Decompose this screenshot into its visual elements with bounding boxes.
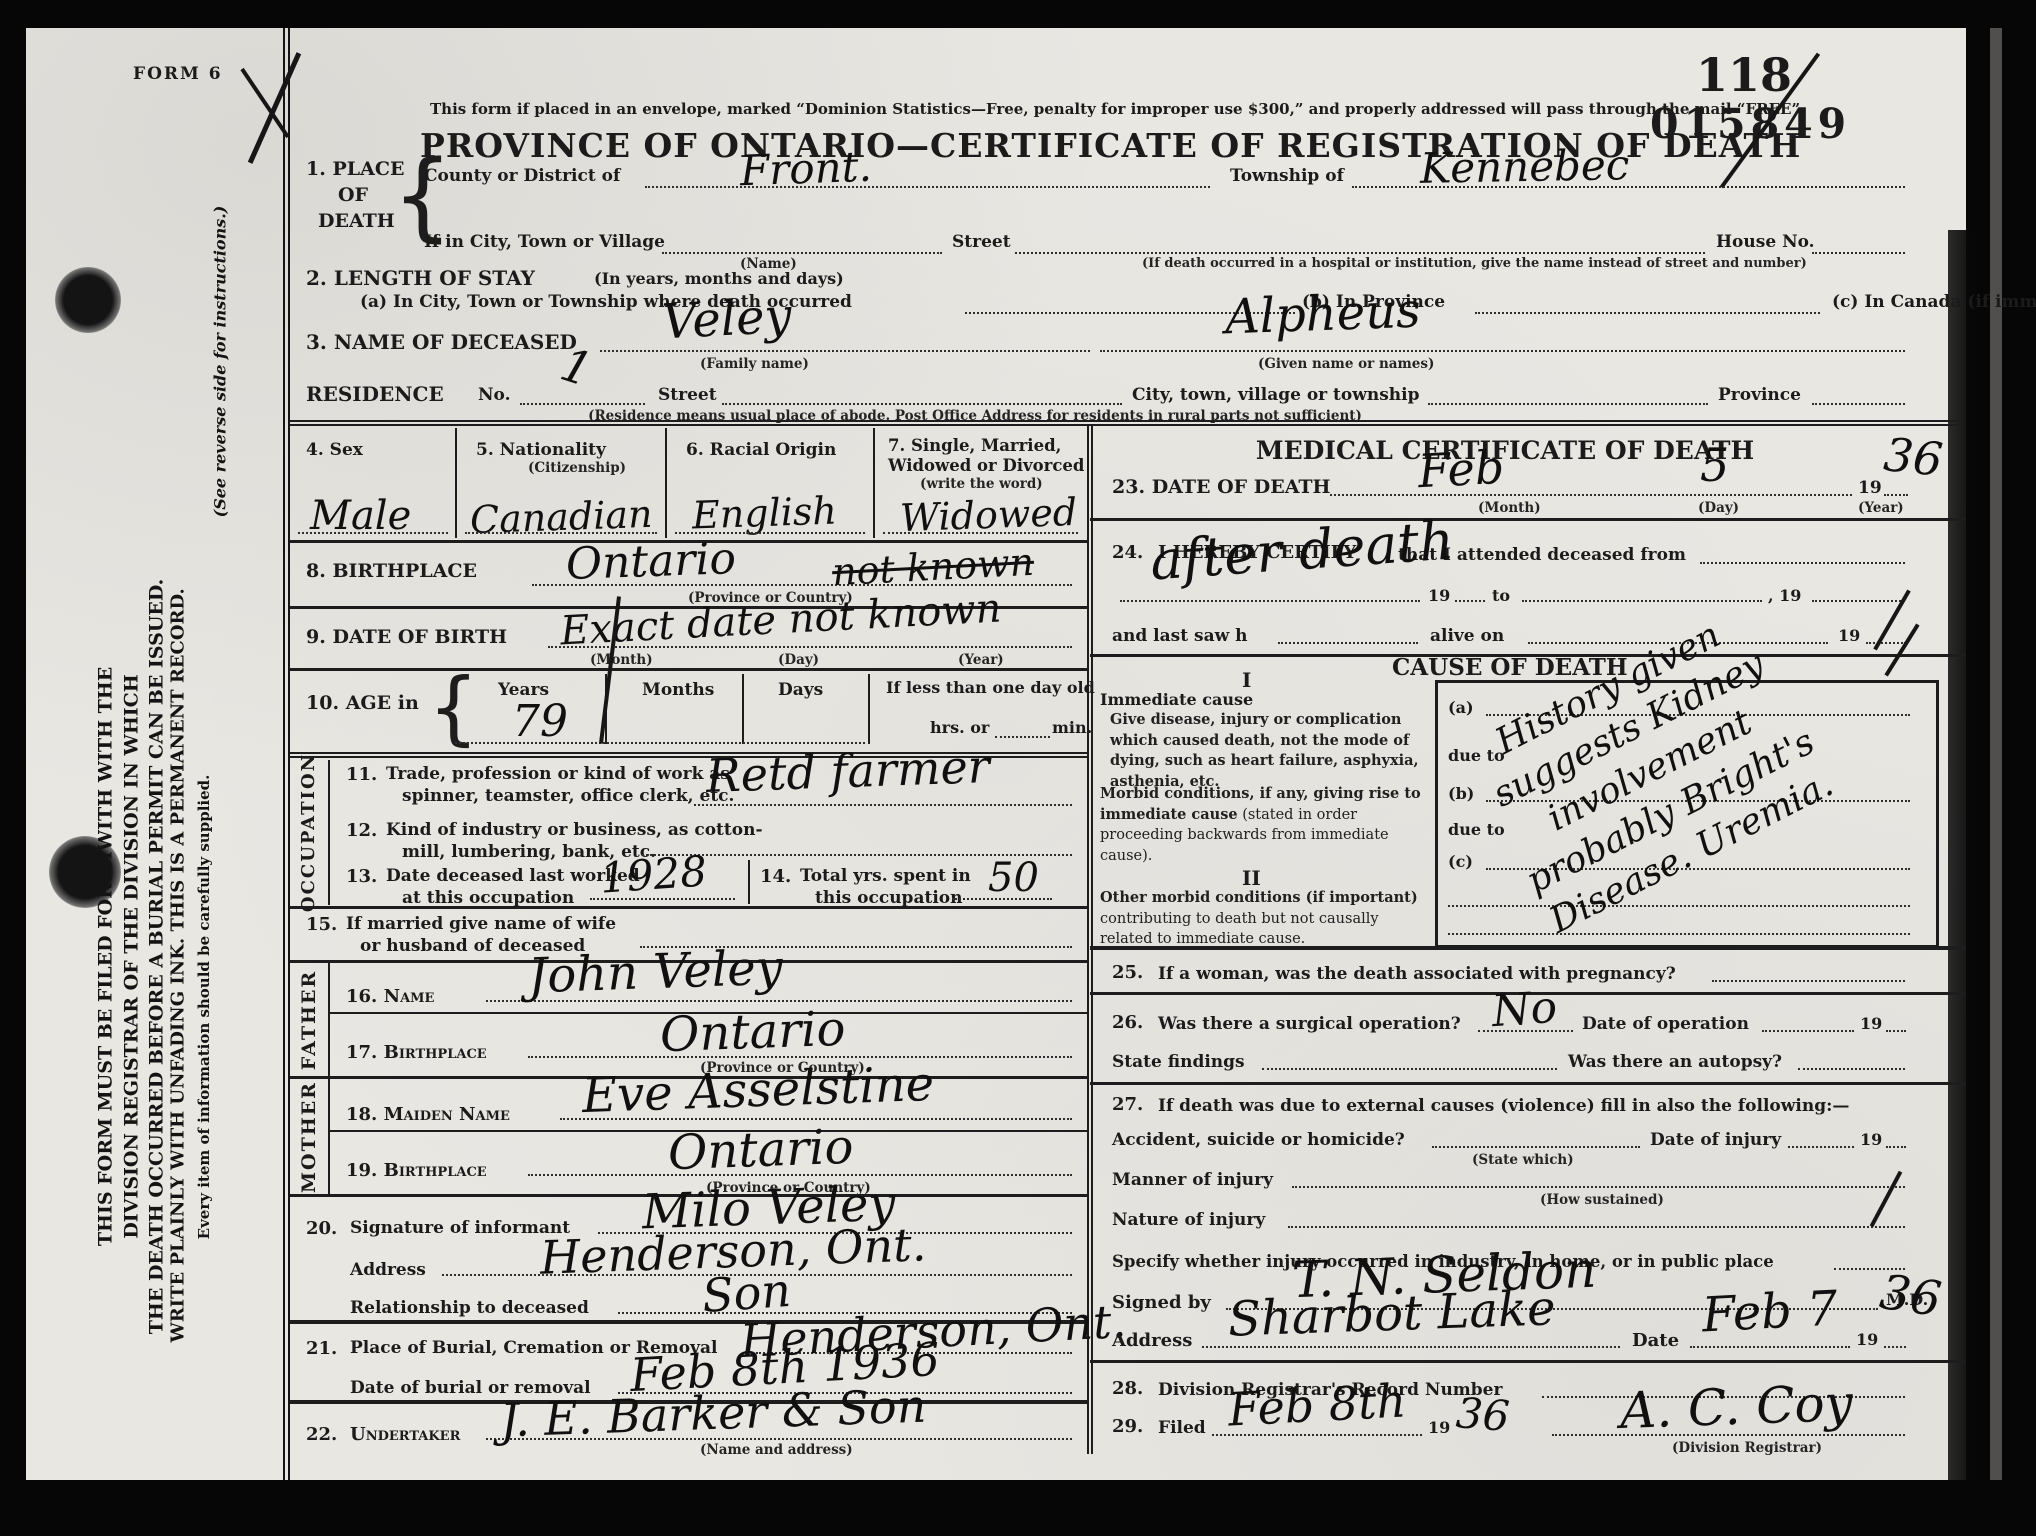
residence-province-field-line	[1812, 403, 1905, 405]
operation-19-label: 19	[1860, 1014, 1882, 1033]
racial-origin-value: English	[691, 491, 837, 534]
stay-b-field-line	[1475, 312, 1820, 314]
dod-day-value: 5	[1700, 442, 1729, 488]
date-of-death-label: 23. DATE OF DEATH	[1112, 476, 1331, 498]
autopsy-label: Was there an autopsy?	[1568, 1052, 1782, 1072]
birthplace-struck-value: not known	[831, 543, 1035, 592]
mother-maiden-value: Eve Asselstine	[581, 1060, 935, 1120]
sex-label: 4. Sex	[306, 440, 363, 460]
occ-divider	[748, 860, 750, 904]
immediate-cause-label: Immediate cause	[1100, 690, 1253, 709]
accident-label: Accident, suicide or homicide?	[1112, 1130, 1405, 1150]
marital-value: Widowed	[899, 493, 1077, 537]
dod-year-prefix: 19	[1858, 478, 1882, 498]
county-label: County or District of	[424, 166, 620, 186]
informant-label: Signature of informant	[350, 1218, 570, 1238]
father-name-value: John Veley	[527, 944, 783, 1001]
age-years-value: 79	[512, 700, 568, 744]
signed-date-label: Date	[1632, 1330, 1679, 1351]
scan-edge-shadow	[1948, 230, 1982, 1480]
pregnancy-field-line	[1712, 980, 1905, 982]
given-name-field-line	[1100, 350, 1905, 352]
age-hrs-label: hrs. or	[930, 718, 989, 737]
stay-sub-label: (In years, months and days)	[594, 269, 844, 288]
given-name-note: (Given name or names)	[1258, 356, 1434, 372]
father-name-label: 16. Name	[346, 986, 434, 1007]
filed-no: 29.	[1112, 1416, 1143, 1437]
age-min-label: min.	[1052, 718, 1092, 737]
signed-by-label: Signed by	[1112, 1292, 1211, 1313]
row-divider	[1090, 1360, 1966, 1363]
nationality-label: 5. Nationality	[476, 440, 606, 460]
certify-19-label: 19	[1428, 586, 1450, 605]
row-divider	[290, 668, 1087, 671]
serial-number: 015849	[1650, 100, 1851, 148]
spouse-label: If married give name of wife	[346, 914, 616, 934]
age-min-field-line	[995, 736, 1050, 738]
age-label: 10. AGE in	[306, 692, 419, 714]
father-birthplace-value: Ontario	[659, 1005, 846, 1059]
family-name-note: (Family name)	[700, 356, 809, 372]
dod-day-note: (Day)	[1698, 500, 1739, 516]
hospital-note: (If death occurred in a hospital or inst…	[1142, 256, 1807, 271]
name-address-note: (Name and address)	[700, 1442, 853, 1458]
dob-month-note: (Month)	[590, 652, 653, 668]
occ-11-field-line	[694, 804, 1072, 806]
write-the-word-note: (write the word)	[920, 476, 1043, 492]
residence-no-field-line	[520, 403, 645, 405]
how-sustained-note: (How sustained)	[1540, 1192, 1664, 1208]
mother-birthplace-value: Ontario	[667, 1123, 854, 1177]
undertaker-value: J. E. Barker & Son	[499, 1383, 927, 1444]
city-town-village-label: If in City, Town or Village	[424, 232, 665, 252]
mother-maiden-label: 18. Maiden Name	[346, 1104, 510, 1125]
scanned-death-certificate: FORM 6 THIS FORM MUST BE FILED FORTHWITH…	[0, 0, 2036, 1536]
stay-c-label: (c) In Canada (if immigrant)	[1832, 292, 2036, 312]
occupation-side-label: OCCUPATION	[290, 760, 330, 905]
operation-year-field-line	[1886, 1030, 1906, 1032]
dod-field-line	[1330, 494, 1852, 496]
form-number: FORM 6	[133, 64, 223, 84]
manner-field-line	[1292, 1186, 1905, 1188]
box-divider	[873, 428, 875, 538]
last-saw-field-line	[1278, 642, 1418, 644]
date-of-birth-label: 9. DATE OF BIRTH	[306, 626, 507, 648]
external-no: 27.	[1112, 1094, 1143, 1115]
age-months-header: Months	[642, 680, 714, 700]
operation-date-label: Date of operation	[1582, 1014, 1749, 1034]
dod-month-note: (Month)	[1478, 500, 1541, 516]
informant-address-label: Address	[350, 1260, 426, 1280]
age-days-header: Days	[778, 680, 823, 700]
stay-label: 2. LENGTH OF STAY	[306, 266, 535, 290]
sex-field-line	[298, 532, 448, 534]
undertaker-label: Undertaker	[350, 1424, 460, 1445]
injury-date-label: Date of injury	[1650, 1130, 1781, 1150]
injury-19-label: 19	[1860, 1130, 1882, 1149]
county-field-line	[645, 186, 1210, 188]
undertaker-no: 22.	[306, 1424, 337, 1445]
operation-date-field-line	[1762, 1030, 1854, 1032]
filed-date-value: Feb 8th	[1227, 1377, 1407, 1432]
signed-year-value: 36	[1877, 1268, 1944, 1324]
hole-punch	[55, 267, 121, 333]
birthplace-label: 8. BIRTHPLACE	[306, 560, 477, 582]
nature-field-line	[1288, 1226, 1905, 1228]
occ-13-value: 1928	[599, 850, 709, 899]
residence-no-label: No.	[478, 385, 511, 405]
surgical-value: No	[1491, 986, 1559, 1034]
occ-12-label: Kind of industry or business, as cotton-	[386, 820, 763, 840]
filed-year-value: 36	[1455, 1392, 1511, 1438]
informant-no: 20.	[306, 1218, 337, 1239]
family-name-field-line	[600, 350, 1090, 352]
state-which-note: (State which)	[1472, 1152, 1574, 1168]
family-name-value: Veley	[661, 292, 793, 347]
dod-month-value: Feb	[1417, 444, 1505, 494]
informant-relationship-label: Relationship to deceased	[350, 1298, 589, 1318]
residence-province-label: Province	[1718, 385, 1801, 405]
occ-14-value: 50	[988, 858, 1039, 898]
age-less-than-day-label: If less than one day old	[886, 678, 1095, 697]
birthplace-value: Ontario	[565, 537, 736, 587]
residence-street-field-line	[722, 403, 1122, 405]
margin-instruction-reverse: (See reverse side for instructions.)	[211, 152, 230, 572]
other-morbid-desc: Other morbid conditions (if important) c…	[1100, 888, 1430, 950]
cause-a-label: (a)	[1448, 698, 1474, 717]
occ-12-no: 12.	[346, 820, 377, 841]
nationality-field-line	[465, 532, 657, 534]
state-findings-label: State findings	[1112, 1052, 1245, 1072]
row-divider	[1090, 1082, 1966, 1085]
dod-year-note: (Year)	[1858, 500, 1904, 516]
findings-field-line	[1262, 1068, 1557, 1070]
occ-11-value: Retd farmer	[705, 743, 990, 799]
street-field-line	[1015, 252, 1705, 254]
spouse-no: 15.	[306, 914, 337, 935]
margin-instruction-items: Every item of information should be care…	[195, 727, 213, 1287]
marital-field-line	[883, 532, 1078, 534]
cause-roman-ii: II	[1242, 866, 1261, 890]
age-col-divider	[868, 674, 870, 744]
place-of-label: OF	[338, 184, 368, 206]
occ-14-label: Total yrs. spent in	[800, 866, 971, 886]
residence-street-label: Street	[658, 385, 717, 405]
sex-value: Male	[310, 496, 411, 536]
marital-label: 7. Single, Married,	[888, 436, 1061, 455]
margin-instruction-filing: THIS FORM MUST BE FILED FORTHWITH WITH T…	[94, 481, 171, 1431]
citizenship-note: (Citizenship)	[528, 460, 626, 476]
section-divider	[290, 420, 1960, 426]
autopsy-field-line	[1798, 1068, 1905, 1070]
pregnancy-no: 25.	[1112, 962, 1143, 983]
dob-day-note: (Day)	[778, 652, 819, 668]
township-value: Kennebec	[1420, 144, 1630, 190]
street-label: Street	[952, 232, 1011, 252]
certify-to-label: to	[1492, 586, 1510, 605]
filed-label: Filed	[1158, 1418, 1206, 1438]
mail-banner: This form if placed in an envelope, mark…	[430, 100, 1620, 118]
signed-date-value: Feb 7	[1701, 1284, 1839, 1339]
dod-year-field-line	[1884, 494, 1908, 496]
surgical-no: 26.	[1112, 1012, 1143, 1033]
occ-11-label-2: spinner, teamster, office clerk, etc.	[402, 786, 734, 806]
township-label: Township of	[1230, 166, 1344, 186]
cause-roman-i: I	[1242, 668, 1251, 692]
place-brace: {	[392, 148, 453, 244]
row-divider	[290, 906, 1087, 909]
registrar-signature-value: A. C. Coy	[1619, 1378, 1853, 1436]
morbid-conditions-desc: Morbid conditions, if any, giving rise t…	[1100, 784, 1430, 866]
given-name-value: Alpheus	[1224, 287, 1421, 342]
signed-address-label: Address	[1112, 1330, 1192, 1351]
certify-field-line	[1455, 600, 1485, 602]
county-value: Front.	[739, 146, 872, 193]
stamp-number: 118	[1696, 48, 1792, 102]
division-registrar-note: (Division Registrar)	[1672, 1440, 1822, 1456]
margin-instruction-ink: WRITE PLAINLY WITH UNFADING INK. THIS IS…	[168, 643, 189, 1343]
father-birthplace-label: 17. Birthplace	[346, 1042, 487, 1063]
father-side-label: FATHER	[290, 963, 330, 1076]
certify-no: 24.	[1112, 542, 1143, 563]
place-death-label: DEATH	[318, 210, 395, 232]
injury-year-field-line	[1886, 1146, 1906, 1148]
residence-label: RESIDENCE	[306, 382, 444, 406]
signed-address-value: Sharbot Lake	[1227, 1284, 1556, 1343]
occ-11-label: Trade, profession or kind of work as	[386, 764, 730, 784]
age-brace: {	[428, 668, 479, 748]
occ-13-label-2: at this occupation	[402, 888, 574, 908]
signed-year-field-line	[1884, 1346, 1906, 1348]
name-of-deceased-label: 3. NAME OF DECEASED	[306, 330, 577, 354]
filed-19-label: 19	[1428, 1418, 1450, 1437]
mother-side-label: MOTHER	[290, 1079, 330, 1195]
scan-edge-strip	[1990, 28, 2002, 1480]
dob-year-note: (Year)	[958, 652, 1004, 668]
certify-field-line	[1120, 600, 1420, 602]
signed-19-label: 19	[1856, 1330, 1878, 1349]
record-no: 28.	[1112, 1378, 1143, 1399]
burial-no: 21.	[306, 1338, 337, 1359]
mother-birthplace-label: 19. Birthplace	[346, 1160, 487, 1181]
medical-certificate-title: MEDICAL CERTIFICATE OF DEATH	[1100, 436, 1910, 465]
signed-date-field-line	[1690, 1346, 1850, 1348]
row-divider	[1090, 946, 1966, 950]
age-col-divider	[742, 674, 744, 744]
pregnancy-label: If a woman, was the death associated wit…	[1158, 964, 1676, 984]
injury-date-field-line	[1788, 1146, 1854, 1148]
manner-label: Manner of injury	[1112, 1170, 1273, 1190]
surgical-label: Was there a surgical operation?	[1158, 1014, 1461, 1034]
row-divider	[1090, 518, 1966, 521]
occ-14-label-2: this occupation	[815, 888, 962, 908]
occ-11-no: 11.	[346, 764, 377, 785]
box-divider	[665, 428, 667, 538]
place-number-label: 1. PLACE	[306, 158, 404, 180]
accident-field-line	[1432, 1146, 1640, 1148]
alive-year-field-line	[1866, 642, 1906, 644]
dod-year-value: 36	[1882, 431, 1945, 483]
house-no-label: House No.	[1716, 232, 1815, 252]
residence-city-label: City, town, village or township	[1132, 385, 1420, 405]
house-no-field-line	[1812, 252, 1905, 254]
residence-city-field-line	[1428, 403, 1708, 405]
form-left-border	[283, 28, 290, 1480]
racial-origin-label: 6. Racial Origin	[686, 440, 836, 460]
city-field-line	[662, 252, 942, 254]
occ-14-no: 14.	[760, 866, 791, 887]
age-field-line	[455, 742, 865, 744]
marital-label-2: Widowed or Divorced	[888, 456, 1084, 475]
alive-on-label: alive on	[1430, 626, 1504, 646]
external-label: If death was due to external causes (vio…	[1158, 1096, 1849, 1116]
last-saw-label: and last saw h	[1112, 626, 1248, 646]
occ-13-no: 13.	[346, 866, 377, 887]
nature-label: Nature of injury	[1112, 1210, 1265, 1230]
box-divider	[455, 428, 457, 538]
